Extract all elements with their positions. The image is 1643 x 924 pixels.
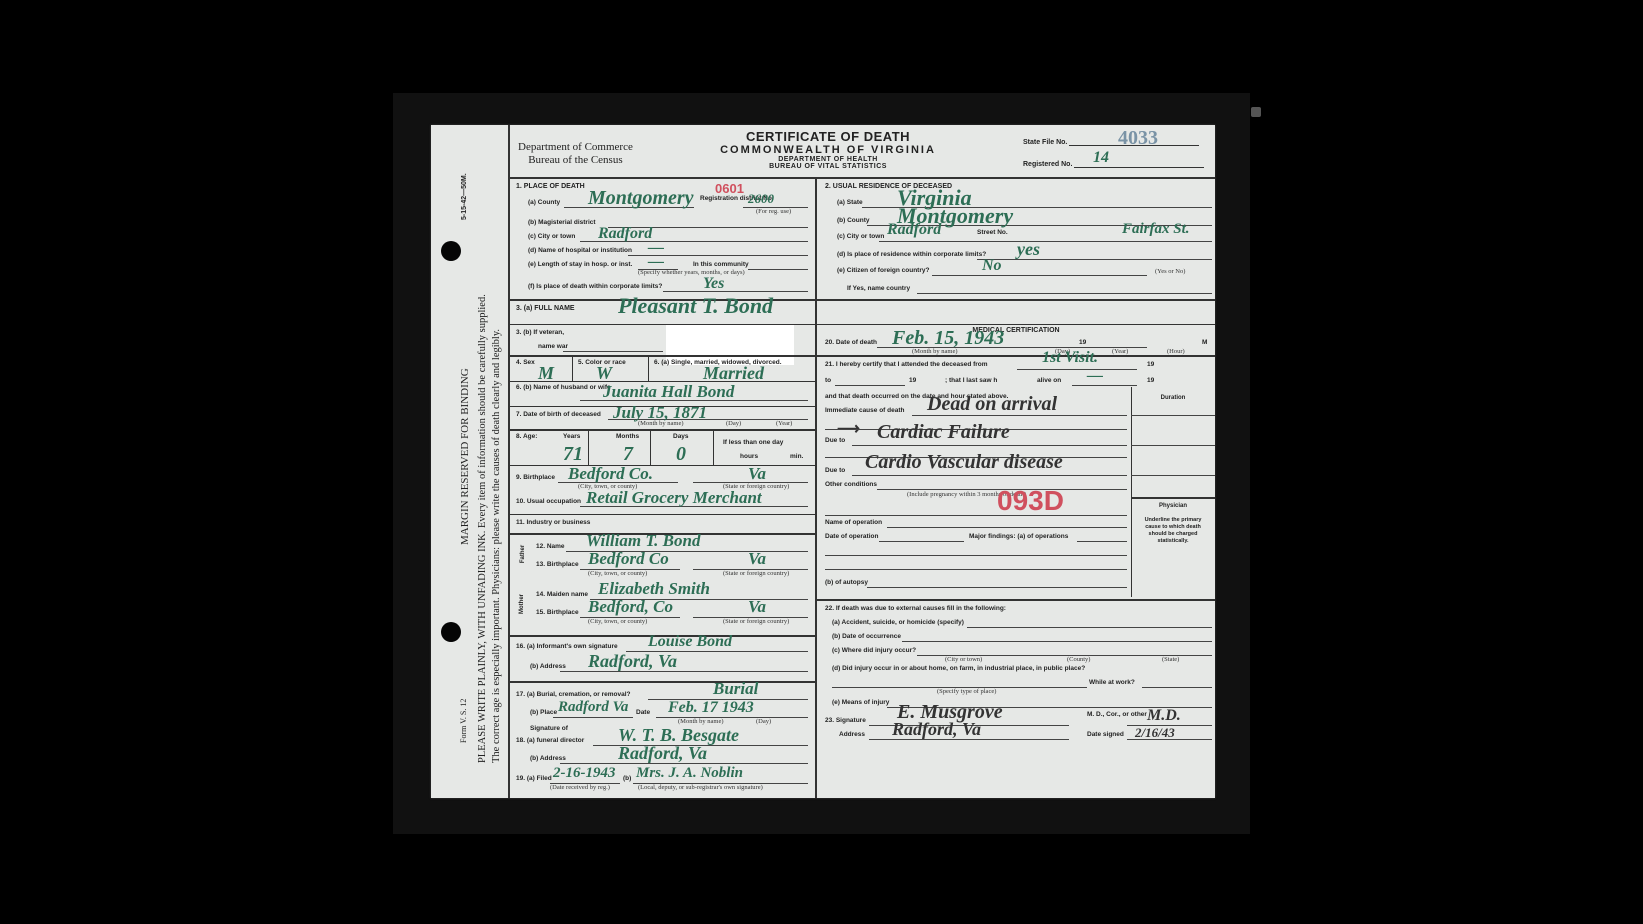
informant-address-value: Radford, Va [588,651,677,672]
mother-tag: Mother [519,594,525,614]
certificate-header: Department of Commerce Bureau of the Cen… [508,125,1215,179]
corner-mark [1251,107,1261,117]
binding-margin: 5-15-42—50M. MARGIN RESERVED FOR BINDING… [431,125,510,798]
certify-19: 19 [1147,361,1154,368]
occupation-label: 10. Usual occupation [516,498,581,505]
title-block: CERTIFICATE OF DEATH COMMONWEALTH OF VIR… [678,129,978,170]
citizen-label: (e) Citizen of foreign country? [837,267,929,274]
mother-state-note: (State or foreign country) [723,618,789,625]
stay-label: (e) Length of stay in hosp. or inst. [528,261,632,268]
dod-month-note: (Month by name) [912,348,958,355]
filed-label: 19. (a) Filed [516,775,552,782]
alive-on-label: alive on [1037,377,1061,384]
corporate-limits-value: Yes [703,275,724,293]
md-label: M. D., Cor., or other [1087,711,1127,719]
magisterial-label: (b) Magisterial district [528,219,596,226]
filed-value: 2-16-1943 [553,765,616,782]
father-state-note: (State or foreign country) [723,570,789,577]
instructions-line-1: PLEASE WRITE PLAINLY, WITH UNFADING INK.… [477,294,488,763]
physician-label: Physician [1137,503,1209,510]
state-file-value: 4033 [1118,127,1158,150]
informant-signature-label: 16. (a) Informant's own signature [516,643,618,650]
physician-address-value: Radford, Va [892,719,981,740]
father-tag: Father [520,545,526,563]
where-county-note: (County) [1067,656,1090,663]
alive-on-value: — [1087,367,1103,385]
informant-section: 16. (a) Informant's own signature Louise… [508,637,815,681]
residence-section: 2. USUAL RESIDENCE OF DECEASED (a) State… [817,181,1215,299]
due-to-value-2: Cardio Vascular disease [865,451,1063,474]
reg-district-value: 2600 [748,191,774,207]
mother-birthplace-value: Bedford, Co [588,597,673,617]
street-label: Street No. [977,229,997,236]
years-label: Years [563,433,580,440]
certificate-title: CERTIFICATE OF DEATH [678,129,978,144]
dob-label: 7. Date of birth of deceased [516,411,601,418]
duration-label: Duration [1137,395,1209,402]
dob-row: 7. Date of birth of deceased July 15, 18… [508,407,815,429]
residence-county-label: (b) County [837,217,870,224]
residence-state-label: (a) State [837,199,863,206]
to-label: to [825,377,831,384]
reg-district-label: Registration district No. [700,195,740,202]
hospital-label: (d) Name of hospital or institution [528,247,632,254]
funeral-director-label: 18. (a) funeral director [516,737,584,744]
type-of-place-note: (Specify type of place) [937,688,996,695]
date-signed-label: Date signed [1087,731,1124,738]
spouse-value: Juanita Hall Bond [603,382,734,402]
registrar-value: Mrs. J. A. Noblin [636,765,743,782]
instructions-line-2: The correct age is especially important.… [491,329,502,763]
hour-m-label: M [1202,339,1207,346]
residence-corporate-label: (d) Is place of residence within corpora… [837,251,986,258]
full-name-row: 3. (a) FULL NAME Pleasant T. Bond [508,301,815,321]
physician-address-label: Address [839,731,865,738]
yes-no-note: (Yes or No) [1155,268,1185,275]
days-label: Days [673,433,689,440]
dod-19: 19 [1079,339,1086,346]
received-note: (Date received by reg.) [550,784,610,791]
citizen-value: No [982,257,1002,275]
md-value: M.D. [1147,707,1181,725]
state-file-field: State File No. 4033 [1023,135,1199,146]
external-causes-section: 22. If death was due to external causes … [817,601,1215,798]
birthplace-value: Bedford Co. [568,464,653,484]
age-label: 8. Age: [516,433,537,440]
autopsy-label: (b) of autopsy [825,579,868,586]
hours-label: hours [740,453,758,460]
stay-note: (Specify whether years, months, or days) [638,269,745,276]
due-to-value-1: Cardiac Failure [877,421,1010,444]
burial-date-label: Date [636,709,650,716]
director-address-value: Radford, Va [618,743,707,764]
cause-code-stamp: 093D [997,485,1064,517]
day-note: (Day) [726,420,741,427]
min-label: min. [790,453,803,460]
spouse-label: 6. (b) Name of husband or wife [516,384,576,392]
community-label: In this community [693,261,749,268]
where-city-note: (City or town) [945,656,982,663]
cause-of-death-section: 21. I hereby certify that I attended the… [817,357,1215,597]
father-birthplace-state: Va [748,549,766,569]
war-label: name war [538,343,568,350]
due-to-label-2: Due to [825,467,845,474]
registered-value: 14 [1093,149,1109,167]
major-findings-label: Major findings: (a) of operations [969,533,1068,540]
home-label: (d) Did injury occur in or about home, o… [832,665,1085,672]
year-note: (Year) [776,420,792,427]
medical-certification-heading: MEDICAL CERTIFICATION [817,327,1215,334]
burial-section: 17. (a) Burial, cremation, or removal? B… [508,683,815,798]
months-value: 7 [623,443,633,466]
birthplace-label: 9. Birthplace [516,474,555,481]
burial-day-note: (Day) [756,718,771,725]
state-file-label: State File No. [1023,139,1067,146]
less-than-day-label: If less than one day [723,439,783,446]
due-to-label-1: Due to [825,437,845,444]
dept-name: Department of Commerce [518,141,633,154]
certificate-form: Department of Commerce Bureau of the Cen… [508,125,1215,798]
director-signature-of-label: Signature of [530,725,568,732]
father-name-label: 12. Name [536,543,565,550]
means-label: (e) Means of injury [832,699,889,706]
print-code: 5-15-42—50M. [461,173,468,220]
while-at-work-label: While at work? [1089,679,1135,686]
department-of-health: DEPARTMENT OF HEALTH [678,156,978,163]
years-value: 71 [563,443,583,466]
place-of-death-section: 1. PLACE OF DEATH (a) County Montgomery … [508,181,815,299]
city-label: (c) City or town [528,233,575,240]
where-state-note: (State) [1162,656,1179,663]
occupation-value: Retail Grocery Merchant [586,488,762,508]
form-number: Form V. S. 12 [459,699,468,743]
mother-birthplace-state: Va [748,597,766,617]
county-value: Montgomery [588,187,694,210]
punch-hole-bottom [441,622,461,642]
father-birthplace-value: Bedford Co [588,549,669,569]
burial-month-note: (Month by name) [678,718,724,725]
death-certificate: 5-15-42—50M. MARGIN RESERVED FOR BINDING… [431,125,1215,798]
father-name-value: William T. Bond [586,531,700,551]
registered-field: Registered No. 14 [1023,157,1204,168]
external-causes-heading: 22. If death was due to external causes … [825,605,1006,612]
date-signed-value: 2/16/43 [1135,725,1175,741]
mother-birthplace-label: 15. Birthplace [536,609,579,616]
reg-use-note: (For reg. use) [756,208,791,215]
burial-date-value: Feb. 17 1943 [668,699,754,717]
mother-name-value: Elizabeth Smith [598,579,710,599]
father-birthplace-label: 13. Birthplace [536,561,579,568]
accident-label: (a) Accident, suicide, or homicide (spec… [832,619,964,626]
registrar-label: (b) [623,775,631,782]
name-continuation [817,301,1215,325]
days-value: 0 [676,443,686,466]
director-address-label: (b) Address [530,755,566,762]
residence-corporate-value: yes [1017,239,1040,260]
punch-hole-top [441,241,461,261]
reg-district-stamp: 0601 [715,181,744,196]
vital-statistics: BUREAU OF VITAL STATISTICS [678,163,978,170]
county-label: (a) County [528,199,560,206]
underline-note: Underline the primary cause to which dea… [1139,517,1207,545]
dod-year-note: (Year) [1112,348,1128,355]
date-of-death-value: Feb. 15, 1943 [892,327,1004,350]
informant-address-label: (b) Address [530,663,566,670]
corporate-limits-label: (f) Is place of death within corporate l… [528,283,662,290]
mother-city-note: (City, town, or county) [588,618,647,625]
age-row: 8. Age: Years 71 Months 7 Days 0 If less… [508,431,815,465]
date-of-death-row: MEDICAL CERTIFICATION 20. Date of death … [817,325,1215,355]
last-saw-label: ; that I last saw h [945,377,997,384]
city-value: Radford [598,225,652,243]
state-name: COMMONWEALTH OF VIRGINIA [678,144,978,156]
occurrence-label: (b) Date of occurrence [832,633,901,640]
street-value: Fairfax St. [1122,221,1190,238]
date-of-death-label: 20. Date of death [825,339,877,346]
right-column: 2. USUAL RESIDENCE OF DECEASED (a) State… [817,179,1215,798]
certify-value: 1st Visit. [1042,349,1098,367]
immediate-cause-label: Immediate cause of death [825,407,904,414]
mother-name-label: 14. Maiden name [536,591,588,598]
to-19: 19 [909,377,916,384]
month-note: (Month by name) [638,420,684,427]
place-of-death-heading: 1. PLACE OF DEATH [516,183,585,190]
country-label: If Yes, name country [847,285,910,292]
parents-section: Father Mother 12. Name William T. Bond 1… [508,535,815,633]
where-label: (c) Where did injury occur? [832,647,916,654]
industry-label: 11. Industry or business [516,519,590,526]
alive-19: 19 [1147,377,1154,384]
department-block: Department of Commerce Bureau of the Cen… [518,141,633,167]
immediate-cause-value: Dead on arrival [927,393,1057,416]
operation-label: Name of operation [825,519,882,526]
binding-label: MARGIN RESERVED FOR BINDING [459,368,471,545]
dod-hour-note: (Hour) [1167,348,1185,355]
sex-race-marital-row: 4. Sex M 5. Color or race W 6. (a) Singl… [508,357,815,381]
residence-city-value: Radford [887,221,941,239]
father-city-note: (City, town, or county) [588,570,647,577]
burial-place-label: (b) Place [530,709,557,716]
informant-signature-value: Louise Bond [648,633,732,651]
bureau-name: Bureau of the Census [518,154,633,167]
full-name-label: 3. (a) FULL NAME [516,305,575,312]
residence-city-label: (c) City or town [837,233,884,240]
registered-label: Registered No. [1023,161,1072,168]
left-column: 1. PLACE OF DEATH (a) County Montgomery … [508,179,817,798]
occupation-row: 10. Usual occupation Retail Grocery Merc… [508,492,815,514]
signature-label: 23. Signature [825,717,866,724]
full-name-value: Pleasant T. Bond [618,293,773,319]
veteran-label: 3. (b) If veteran, [516,329,564,336]
registrar-note: (Local, deputy, or sub-registrar's own s… [638,784,763,791]
birthplace-state: Va [748,464,766,484]
sex-label: 4. Sex [516,359,535,366]
certify-label: 21. I hereby certify that I attended the… [825,361,988,368]
other-conditions-label: Other conditions [825,481,877,488]
burial-type-value: Burial [713,679,758,699]
burial-type-label: 17. (a) Burial, cremation, or removal? [516,691,631,698]
operation-date-label: Date of operation [825,533,878,540]
burial-place-value: Radford Va [558,699,628,716]
months-label: Months [616,433,639,440]
